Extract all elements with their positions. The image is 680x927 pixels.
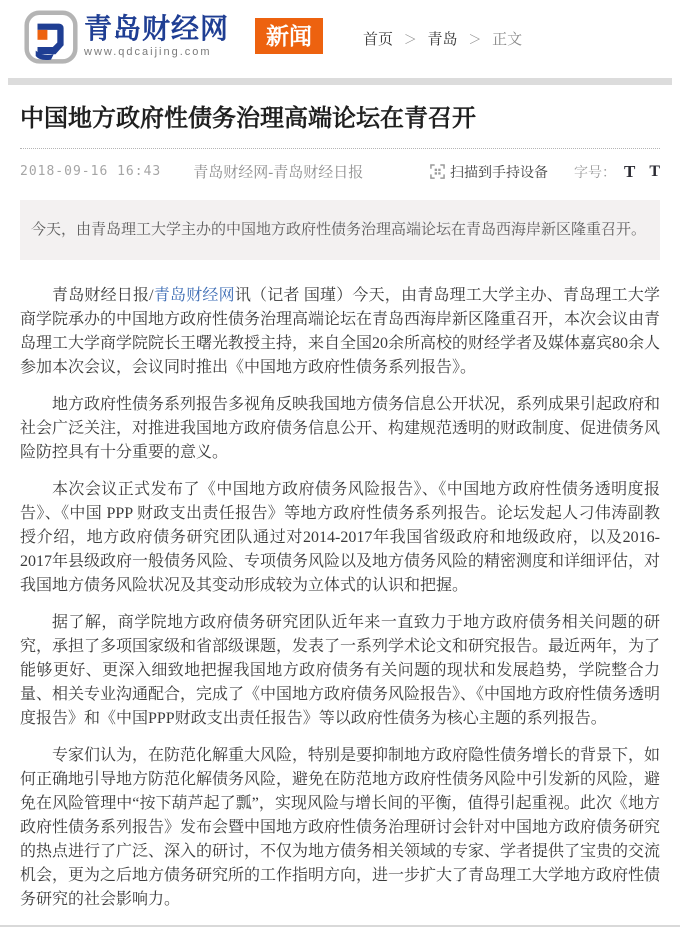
breadcrumb: 首页 ＞ 青岛 ＞ 正文 [363,28,522,49]
site-inline-link[interactable]: 青岛财经网 [154,287,235,304]
meta-tools: 扫描到手持设备 字号： T T [430,162,660,182]
article-meta-row: 2018-09-16 16:43 青岛财经网-青岛财经日报 [20,149,660,188]
header-divider-bar [8,78,672,85]
site-header: 青岛财经网 www.qdcaijing.com 新闻 首页 ＞ 青岛 ＞ 正文 [0,0,680,78]
article-title: 中国地方政府性债务治理高端论坛在青召开 [20,103,660,135]
channel-badge-news[interactable]: 新闻 [255,18,323,54]
breadcrumb-current: 正文 [492,32,522,48]
paragraph1-prefix: 青岛财经日报/ [52,287,154,304]
site-url: www.qdcaijing.com [84,46,229,58]
breadcrumb-separator: ＞ [468,32,481,47]
article-paragraph: 地方政府性债务系列报告多视角反映我国地方债务信息公开状况，系列成果引起政府和社会… [20,393,660,465]
font-size-decrease-button[interactable]: T [649,163,660,181]
font-size-label: 字号： [574,162,616,182]
article-paragraph: 青岛财经日报/青岛财经网讯（记者 国瑾）今天，由青岛理工大学主办、青岛理工大学商… [20,284,660,380]
scan-to-device-label: 扫描到手持设备 [450,162,548,182]
scan-to-device-button[interactable]: 扫描到手持设备 [430,162,548,182]
site-logo[interactable]: 青岛财经网 www.qdcaijing.com [24,10,229,66]
breadcrumb-separator: ＞ [404,32,417,47]
qr-scan-icon [430,164,445,179]
article-source: 青岛财经网-青岛财经日报 [193,161,363,182]
article-container: 中国地方政府性债务治理高端论坛在青召开 2018-09-16 16:43 青岛财… [0,103,680,912]
article-body: 青岛财经日报/青岛财经网讯（记者 国瑾）今天，由青岛理工大学主办、青岛理工大学商… [20,284,660,912]
article-paragraph: 专家们认为，在防范化解重大风险，特别是要抑制地方政府隐性债务增长的背景下，如何正… [20,744,660,912]
article-date: 2018-09-16 16:43 [20,164,161,179]
breadcrumb-home[interactable]: 首页 [363,32,393,48]
article-paragraph: 本次会议正式发布了《中国地方政府债务风险报告》、《中国地方政府性债务透明度报告》… [20,478,660,598]
article-paragraph: 据了解，商学院地方政府债务研究团队近年来一直致力于地方政府债务相关问题的研究，承… [20,611,660,731]
site-logo-text: 青岛财经网 www.qdcaijing.com [84,10,229,58]
breadcrumb-qingdao[interactable]: 青岛 [428,32,458,48]
article-summary: 今天，由青岛理工大学主办的中国地方政府性债务治理高端论坛在青岛西海岸新区隆重召开… [20,200,660,260]
site-name: 青岛财经网 [84,14,229,44]
font-size-increase-button[interactable]: T [624,163,635,181]
site-logo-icon [24,10,78,66]
news-article-page: 青岛财经网 www.qdcaijing.com 新闻 首页 ＞ 青岛 ＞ 正文 … [0,0,680,927]
font-size-control: 字号： T T [574,162,660,182]
